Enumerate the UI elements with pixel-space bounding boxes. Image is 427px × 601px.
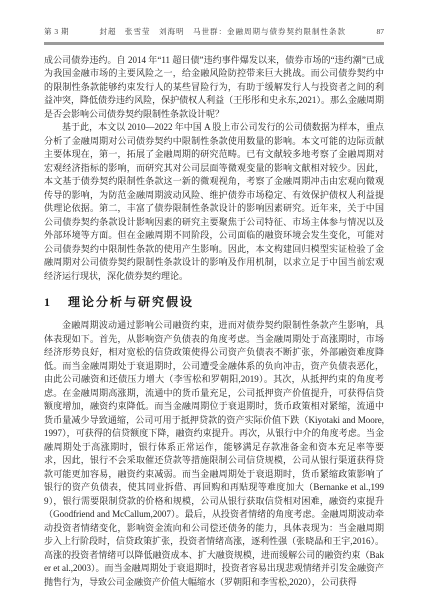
section-heading: 1 理论分析与研究假设 — [44, 295, 384, 309]
header-rule — [44, 42, 384, 45]
issue-label: 第 3 期 — [44, 27, 69, 37]
page-header: 第 3 期 封超 张雪莹 刘海明 马世群：金融周期与债券契约限制性条款 87 — [44, 27, 384, 37]
paragraph-theory: 金融周期波动通过影响公司融资约束，进而对债券契约限制性条款产生影响，具体表现如下… — [44, 319, 384, 589]
page-number: 87 — [377, 27, 385, 37]
paragraph-contribution: 基于此，本文以 2010—2022 年中国 A 股上市公司发行的公司债数据为样本… — [44, 121, 384, 283]
section-number: 1 — [44, 295, 50, 309]
running-title: 封超 张雪莹 刘海明 马世群：金融周期与债券契约限制性条款 — [75, 27, 371, 37]
paragraph-intro-continuation: 成公司债券违约。自 2014 年“11 超日债”违约事件爆发以来，债券市场的“违… — [44, 54, 384, 122]
document-body: 成公司债券违约。自 2014 年“11 超日债”违约事件爆发以来，债券市场的“违… — [44, 54, 384, 590]
section-title: 理论分析与研究假设 — [68, 295, 194, 309]
journal-page: 第 3 期 封超 张雪莹 刘海明 马世群：金融周期与债券契约限制性条款 87 成… — [0, 0, 427, 601]
